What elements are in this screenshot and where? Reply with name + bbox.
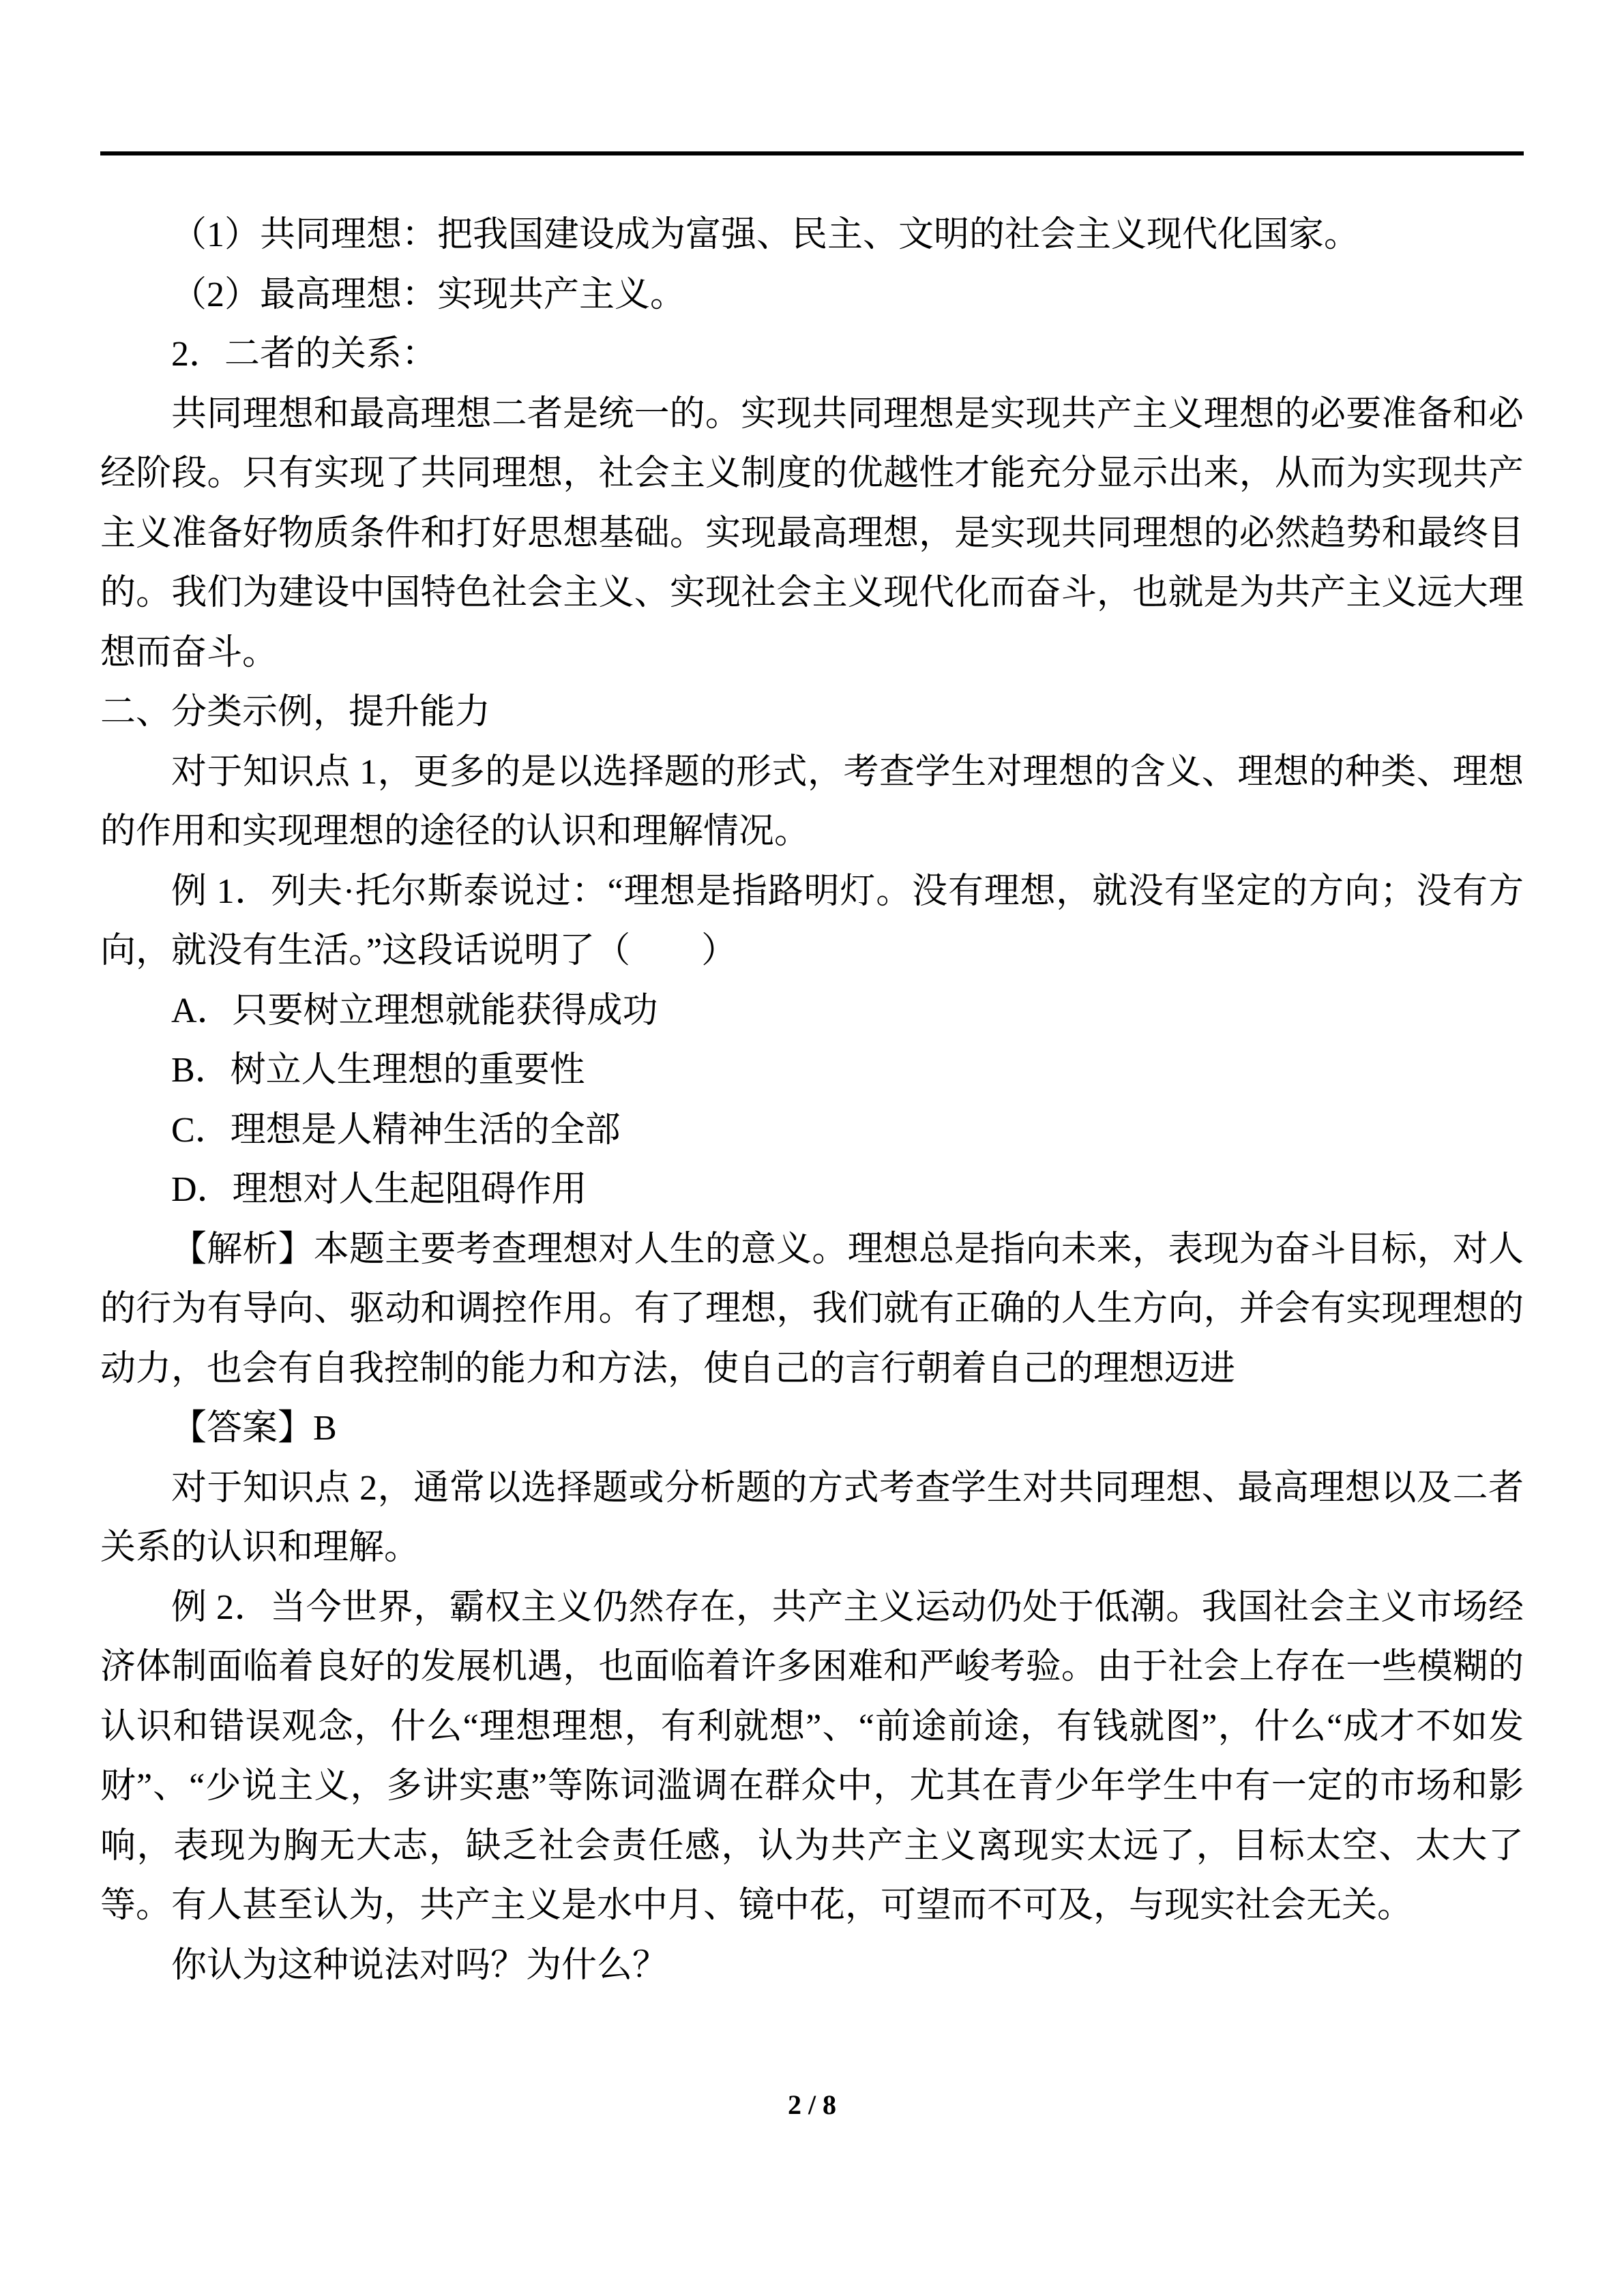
section-heading: 二、分类示例，提升能力 [100, 683, 1524, 743]
option-c: C．理想是人精神生活的全部 [100, 1101, 1524, 1161]
option-d: D．理想对人生起阻碍作用 [100, 1160, 1524, 1220]
answer-line: 【答案】B [100, 1399, 1524, 1459]
paragraph-knowledge-point-2: 对于知识点 2，通常以选择题或分析题的方式考查学生对共同理想、最高理想以及二者关… [100, 1459, 1524, 1578]
option-a: A．只要树立理想就能获得成功 [100, 981, 1524, 1041]
example-2-question: 例 2．当今世界，霸权主义仍然存在，共产主义运动仍处于低潮。我国社会主义市场经济… [100, 1578, 1524, 1936]
analysis-paragraph: 【解析】本题主要考查理想对人生的意义。理想总是指向未来，表现为奋斗目标，对人的行… [100, 1220, 1524, 1399]
document-body: （1）共同理想：把我国建设成为富强、民主、文明的社会主义现代化国家。 （2）最高… [100, 205, 1524, 1995]
paragraph-relationship-head: 2．二者的关系： [100, 325, 1524, 385]
page-number: 2 / 8 [0, 2089, 1624, 2121]
example-1-question: 例 1．列夫·托尔斯泰说过：“理想是指路明灯。没有理想，就没有坚定的方向；没有方… [100, 862, 1524, 981]
header-rule [100, 151, 1524, 155]
paragraph-knowledge-point-1: 对于知识点 1，更多的是以选择题的形式，考查学生对理想的含义、理想的种类、理想的… [100, 743, 1524, 862]
paragraph-common-ideal: （1）共同理想：把我国建设成为富强、民主、文明的社会主义现代化国家。 [100, 205, 1524, 265]
paragraph-highest-ideal: （2）最高理想：实现共产主义。 [100, 265, 1524, 325]
option-b: B．树立人生理想的重要性 [100, 1041, 1524, 1101]
question-prompt: 你认为这种说法对吗？为什么？ [100, 1936, 1524, 1996]
paragraph-relationship-body: 共同理想和最高理想二者是统一的。实现共同理想是实现共产主义理想的必要准备和必经阶… [100, 385, 1524, 683]
document-page: （1）共同理想：把我国建设成为富强、民主、文明的社会主义现代化国家。 （2）最高… [0, 0, 1624, 2296]
